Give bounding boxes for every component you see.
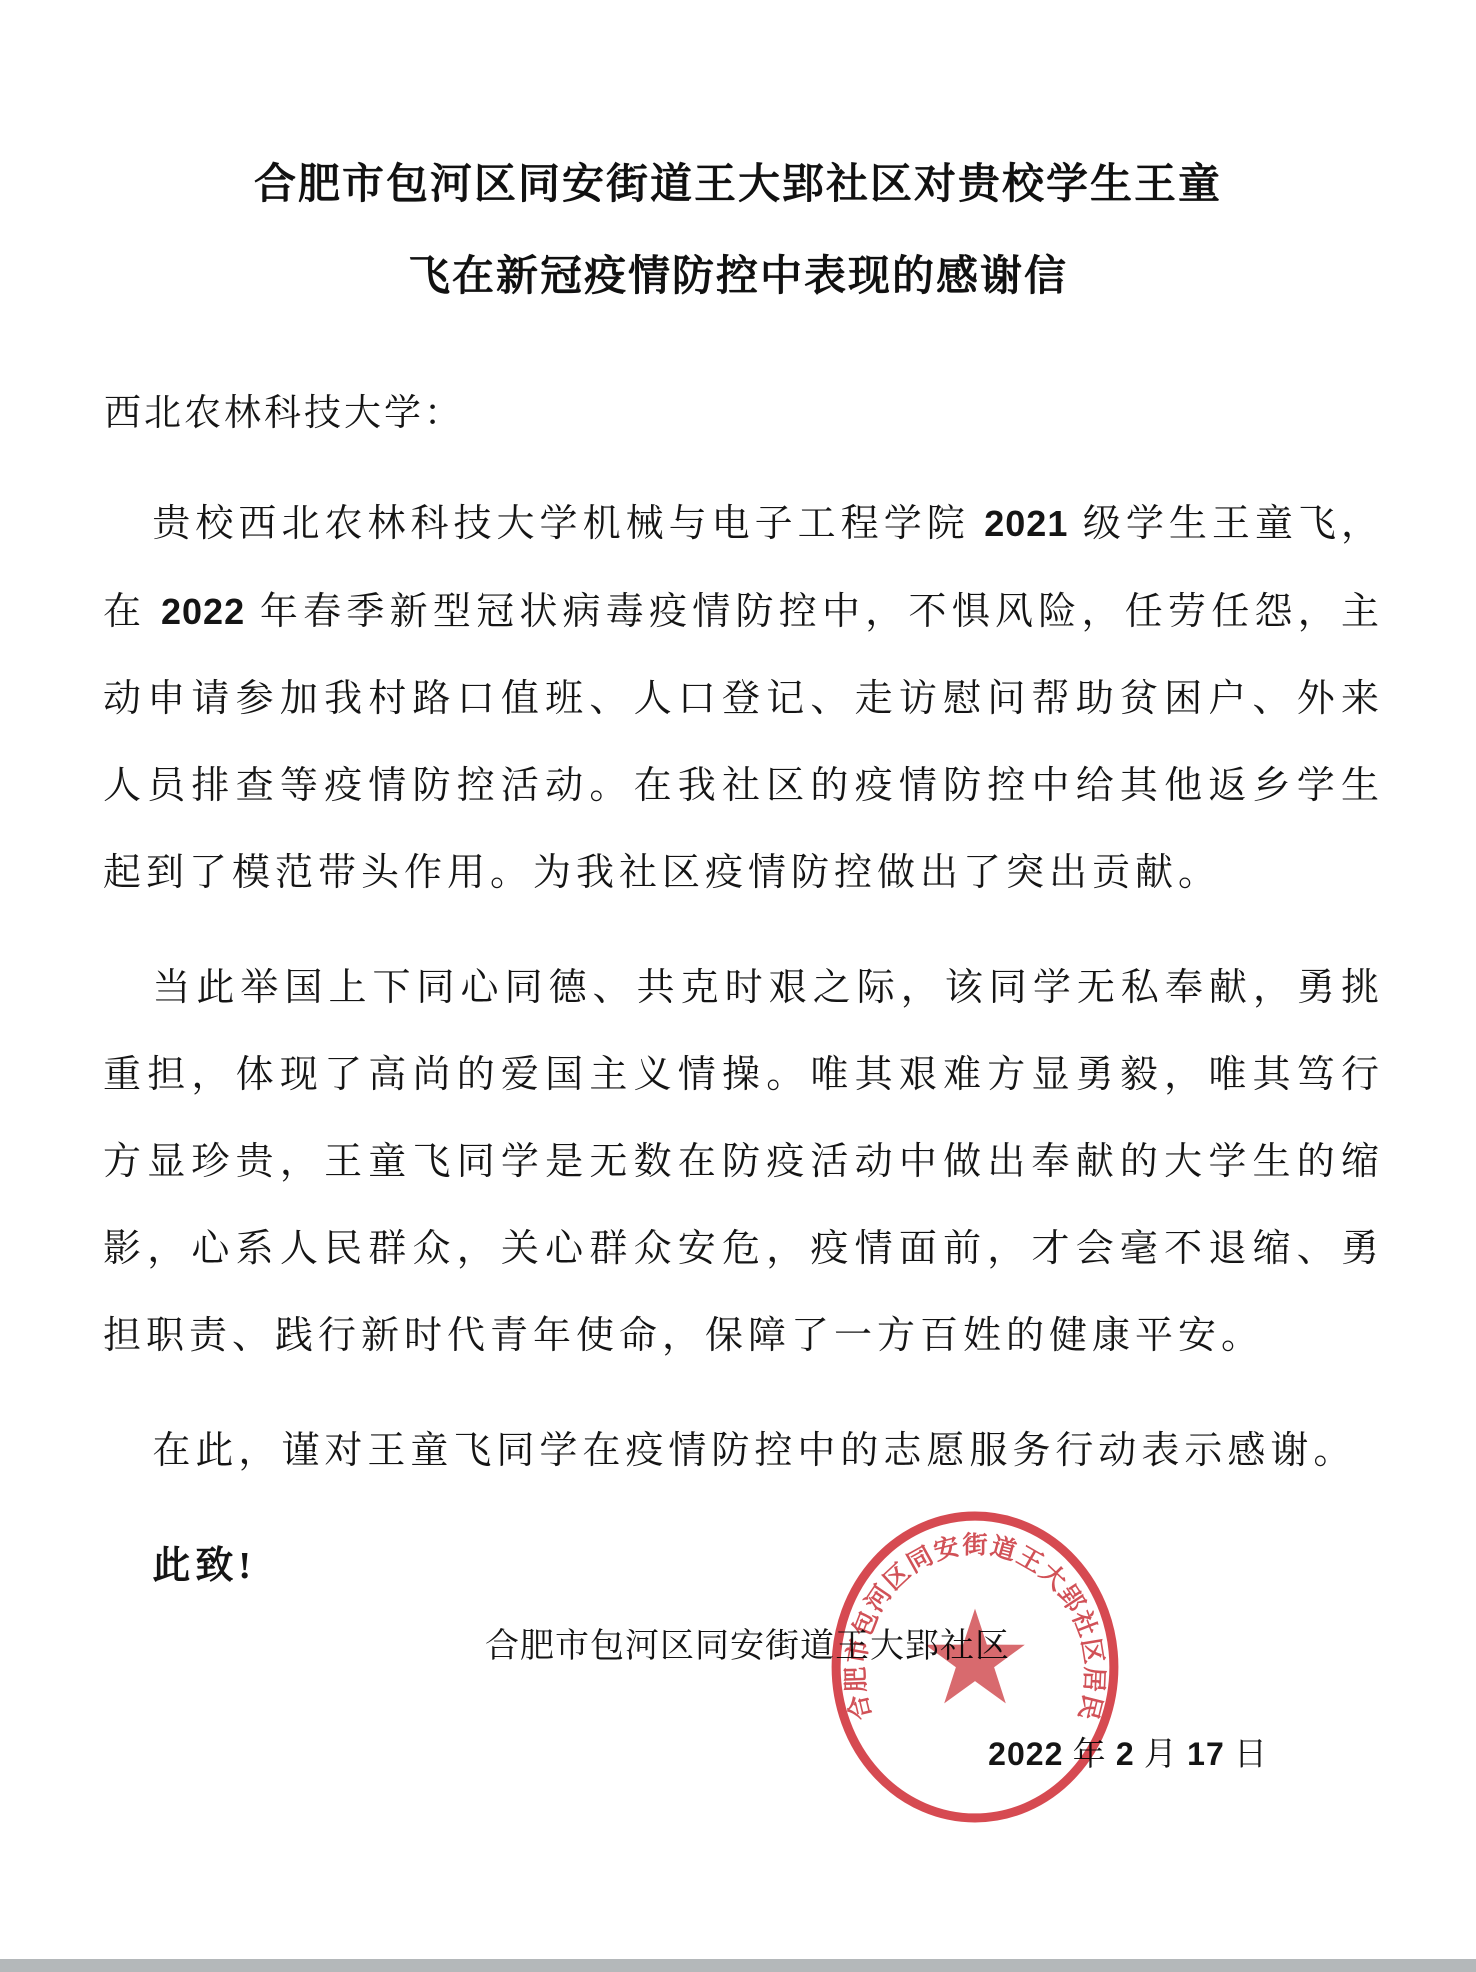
year-2021: 2021 — [984, 503, 1068, 544]
seal-ring-text: 合肥市包河区同安街道王大郢社区居民委员会 — [826, 1508, 1108, 1724]
official-seal-stamp: 合肥市包河区同安街道王大郢社区居民委员会 — [826, 1508, 1124, 1826]
date-day-label: 日 — [1225, 1737, 1268, 1773]
letter-body: 贵校西北农林科技大学机械与电子工程学院 2021 级学生王童飞，在 2022 年… — [103, 480, 1384, 1495]
date-day: 17 — [1187, 1736, 1225, 1772]
date-month-label: 月 — [1135, 1737, 1188, 1773]
seal-star-icon — [925, 1609, 1025, 1704]
salutation: 西北农林科技大学： — [104, 386, 1386, 442]
scanned-letter-page: 合肥市包河区同安街道王大郢社区对贵校学生王童 飞在新冠疫情防控中表现的感谢信 西… — [0, 0, 1476, 1972]
paragraph-1: 贵校西北农林科技大学机械与电子工程学院 2021 级学生王童飞，在 2022 年… — [103, 480, 1384, 917]
svg-text:合肥市包河区同安街道王大郢社区居民委员会: 合肥市包河区同安街道王大郢社区居民委员会 — [826, 1508, 1108, 1724]
closing-phrase: 此致! — [103, 1523, 1384, 1610]
title-line-1: 合肥市包河区同安街道王大郢社区对贵校学生王童 — [110, 138, 1366, 230]
year-2022: 2022 — [161, 591, 245, 632]
paragraph-1-text: 贵校西北农林科技大学机械与电子工程学院 — [152, 503, 984, 545]
letter-title: 合肥市包河区同安街道王大郢社区对贵校学生王童 飞在新冠疫情防控中表现的感谢信 — [110, 138, 1366, 322]
paragraph-1-text: 年春季新型冠状病毒疫情防控中，不惧风险，任劳任怨，主动申请参加我村路口值班、人口… — [103, 591, 1384, 894]
scan-bottom-edge — [0, 1959, 1476, 1972]
title-line-2: 飞在新冠疫情防控中表现的感谢信 — [110, 230, 1366, 322]
paragraph-2: 当此举国上下同心同德、共克时艰之际，该同学无私奉献，勇挑重担，体现了高尚的爱国主… — [103, 945, 1384, 1380]
paragraph-3: 在此，谨对王童飞同学在疫情防控中的志愿服务行动表示感谢。 — [103, 1408, 1384, 1495]
